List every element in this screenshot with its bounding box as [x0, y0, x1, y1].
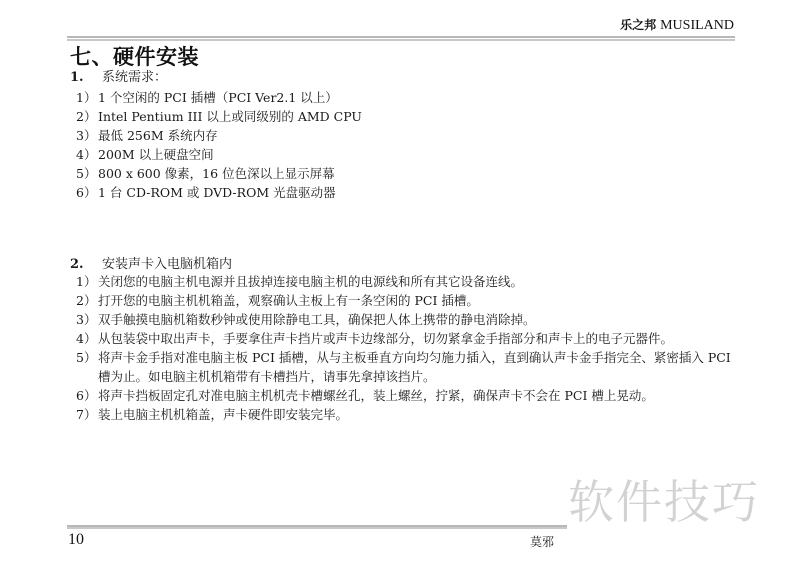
brand-en: MUSILAND [660, 18, 734, 33]
item-index: 6） [76, 183, 96, 202]
item-index: 5） [76, 164, 96, 183]
item-text: 双手触摸电脑机箱数秒钟或使用除静电工具，确保把人体上携带的静电消除掉。 [98, 312, 536, 327]
header-brand: 乐之邦MUSILAND [620, 16, 734, 35]
list-item: 2）Intel Pentium III 以上或同级别的 AMD CPU [76, 107, 740, 126]
install-steps-list: 1）关闭您的电脑主机电源并且拔掉连接电脑主机的电源线和所有其它设备连线。 2）打… [76, 272, 740, 424]
list-item: 3）最低 256M 系统内存 [76, 126, 740, 145]
list-item: 4）从包装袋中取出声卡，手要拿住声卡挡片或声卡边缘部分，切勿紧拿金手指部分和声卡… [76, 329, 740, 348]
list-item: 6）将声卡挡板固定孔对准电脑主机机壳卡槽螺丝孔，装上螺丝，拧紧，确保声卡不会在 … [76, 386, 740, 405]
item-index: 1） [76, 88, 96, 107]
item-index: 1） [76, 272, 96, 291]
footer-text: 莫邪 [530, 533, 560, 550]
list-item: 1）关闭您的电脑主机电源并且拔掉连接电脑主机的电源线和所有其它设备连线。 [76, 272, 740, 291]
subsection-title: 安装声卡入电脑机箱内 [102, 257, 232, 272]
item-index: 3） [76, 126, 96, 145]
subsection-number: 1. [70, 69, 102, 87]
list-item: 5）800 x 600 像素，16 位色深以上显示屏幕 [76, 164, 740, 183]
item-text: 将声卡金手指对准电脑主板 PCI 插槽，从与主板垂直方向均匀施力插入，直到确认声… [98, 350, 731, 384]
list-item: 4）200M 以上硬盘空间 [76, 145, 740, 164]
item-text: 打开您的电脑主机机箱盖，观察确认主板上有一条空闲的 PCI 插槽。 [98, 293, 479, 308]
item-text: 200M 以上硬盘空间 [98, 147, 214, 162]
item-text: 1 个空闲的 PCI 插槽（PCI Ver2.1 以上） [98, 90, 338, 105]
item-index: 3） [76, 310, 96, 329]
item-index: 2） [76, 107, 96, 126]
item-text: Intel Pentium III 以上或同级别的 AMD CPU [98, 109, 362, 124]
item-text: 将声卡挡板固定孔对准电脑主机机壳卡槽螺丝孔，装上螺丝，拧紧，确保声卡不会在 PC… [98, 388, 654, 403]
watermark: 软件技巧 [568, 474, 760, 530]
section-title: 七、硬件安装 [70, 44, 199, 70]
subsection-heading-requirements: 1.系统需求： [70, 69, 167, 87]
item-text: 从包装袋中取出声卡，手要拿住声卡挡片或声卡边缘部分，切勿紧拿金手指部分和声卡上的… [98, 331, 673, 346]
item-text: 800 x 600 像素，16 位色深以上显示屏幕 [98, 166, 335, 181]
item-index: 4） [76, 145, 96, 164]
list-item: 3）双手触摸电脑机箱数秒钟或使用除静电工具，确保把人体上携带的静电消除掉。 [76, 310, 740, 329]
item-index: 7） [76, 405, 96, 424]
item-text: 装上电脑主机机箱盖，声卡硬件即安装完毕。 [98, 407, 348, 422]
list-item: 6）1 台 CD-ROM 或 DVD-ROM 光盘驱动器 [76, 183, 740, 202]
subsection-title: 系统需求： [102, 70, 167, 85]
requirements-list: 1）1 个空闲的 PCI 插槽（PCI Ver2.1 以上） 2）Intel P… [76, 88, 740, 202]
item-text: 最低 256M 系统内存 [98, 128, 218, 143]
list-item: 7）装上电脑主机机箱盖，声卡硬件即安装完毕。 [76, 405, 740, 424]
item-text: 关闭您的电脑主机电源并且拔掉连接电脑主机的电源线和所有其它设备连线。 [98, 274, 523, 289]
item-index: 4） [76, 329, 96, 348]
header-divider [67, 36, 735, 41]
list-item: 2）打开您的电脑主机机箱盖，观察确认主板上有一条空闲的 PCI 插槽。 [76, 291, 740, 310]
item-index: 2） [76, 291, 96, 310]
footer-divider [67, 525, 567, 529]
item-text: 1 台 CD-ROM 或 DVD-ROM 光盘驱动器 [98, 185, 336, 200]
brand-cn: 乐之邦 [620, 18, 656, 32]
page-number: 10 [68, 531, 84, 549]
list-item: 1）1 个空闲的 PCI 插槽（PCI Ver2.1 以上） [76, 88, 740, 107]
item-index: 5） [76, 348, 96, 367]
item-index: 6） [76, 386, 96, 405]
list-item: 5）将声卡金手指对准电脑主板 PCI 插槽，从与主板垂直方向均匀施力插入，直到确… [76, 348, 740, 386]
